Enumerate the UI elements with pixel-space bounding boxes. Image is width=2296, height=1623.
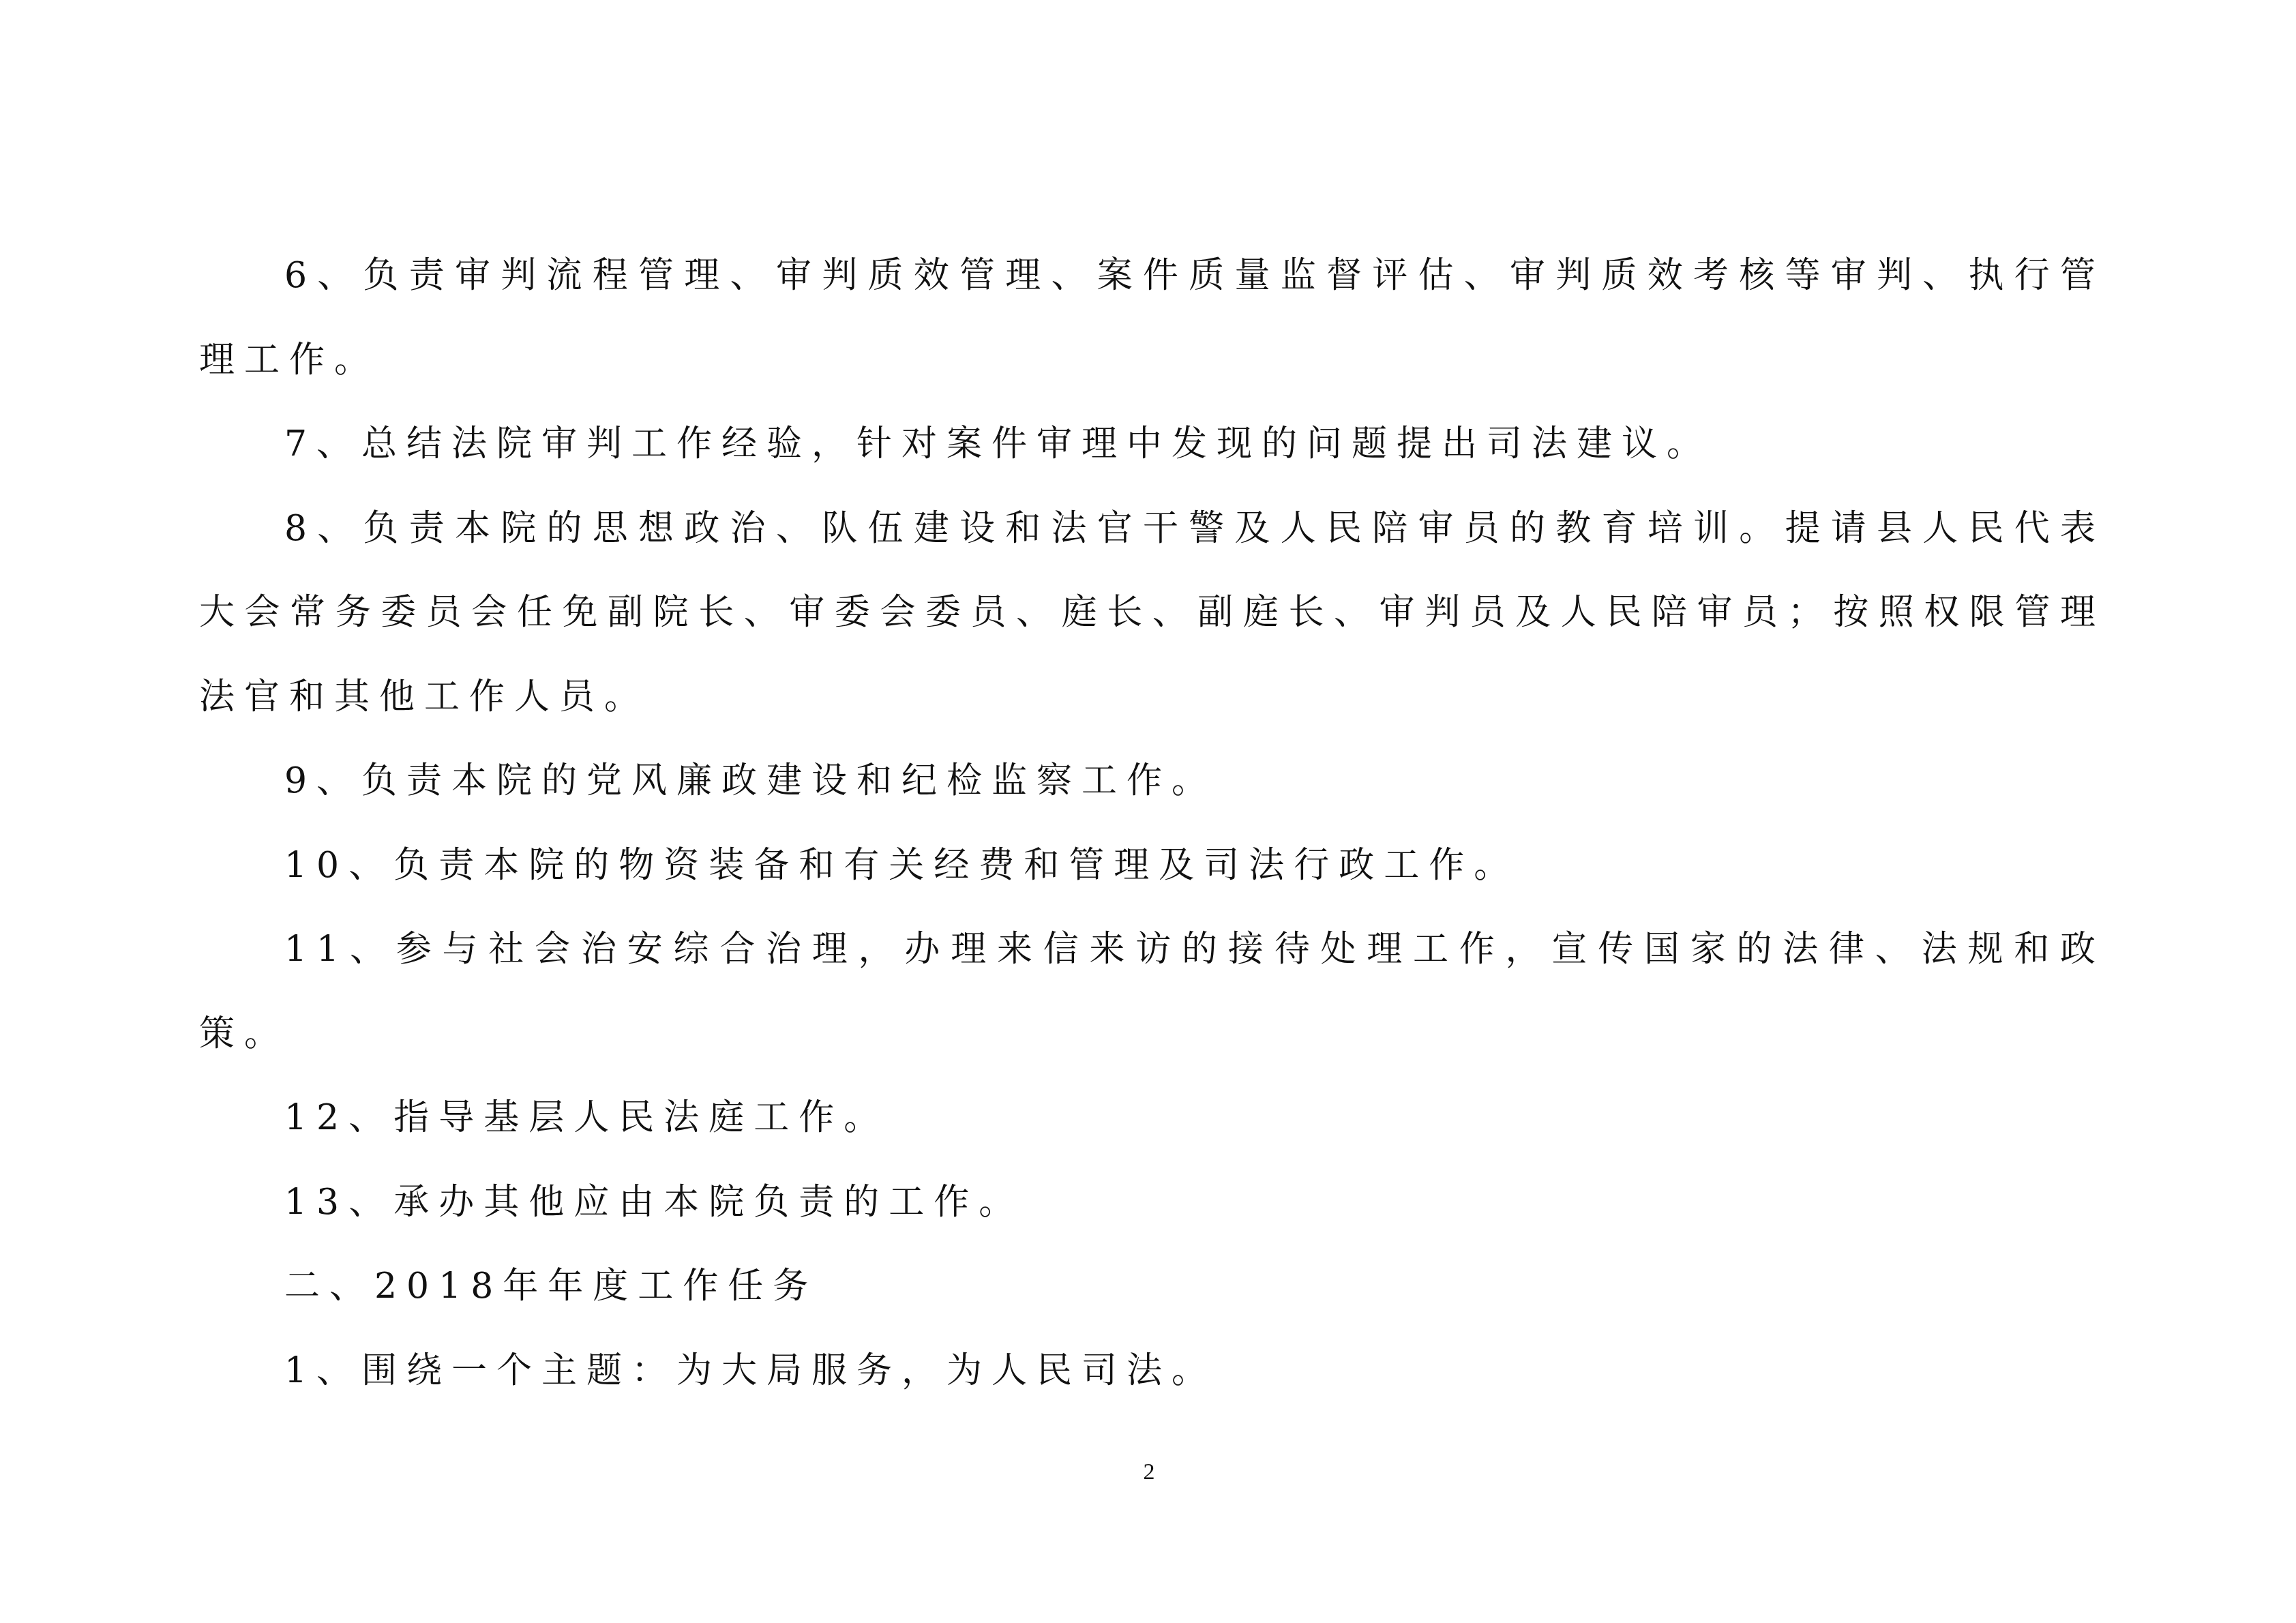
paragraph-item-6: 6、负责审判流程管理、审判质效管理、案件质量监督评估、审判质效考核等审判、执行管… — [199, 234, 2105, 402]
paragraph-item-11: 11、参与社会治安综合治理，办理来信来访的接待处理工作，宣传国家的法律、法规和政… — [199, 908, 2105, 1076]
page-number: 2 — [1139, 1459, 1159, 1485]
paragraph-item-10: 10、负责本院的物资装备和有关经费和管理及司法行政工作。 — [199, 824, 2105, 908]
task-item-1: 1、围绕一个主题：为大局服务，为人民司法。 — [199, 1329, 2105, 1414]
paragraph-item-12: 12、指导基层人民法庭工作。 — [199, 1076, 2105, 1161]
document-body: 6、负责审判流程管理、审判质效管理、案件质量监督评估、审判质效考核等审判、执行管… — [199, 234, 2105, 1413]
paragraph-item-9: 9、负责本院的党风廉政建设和纪检监察工作。 — [199, 739, 2105, 824]
document-page: 6、负责审判流程管理、审判质效管理、案件质量监督评估、审判质效考核等审判、执行管… — [0, 0, 2296, 1623]
paragraph-item-13: 13、承办其他应由本院负责的工作。 — [199, 1161, 2105, 1245]
paragraph-item-8: 8、负责本院的思想政治、队伍建设和法官干警及人民陪审员的教育培训。提请县人民代表… — [199, 487, 2105, 740]
section-heading-2018-tasks: 二、2018年年度工作任务 — [199, 1245, 2105, 1329]
paragraph-item-7: 7、总结法院审判工作经验，针对案件审理中发现的问题提出司法建议。 — [199, 402, 2105, 487]
